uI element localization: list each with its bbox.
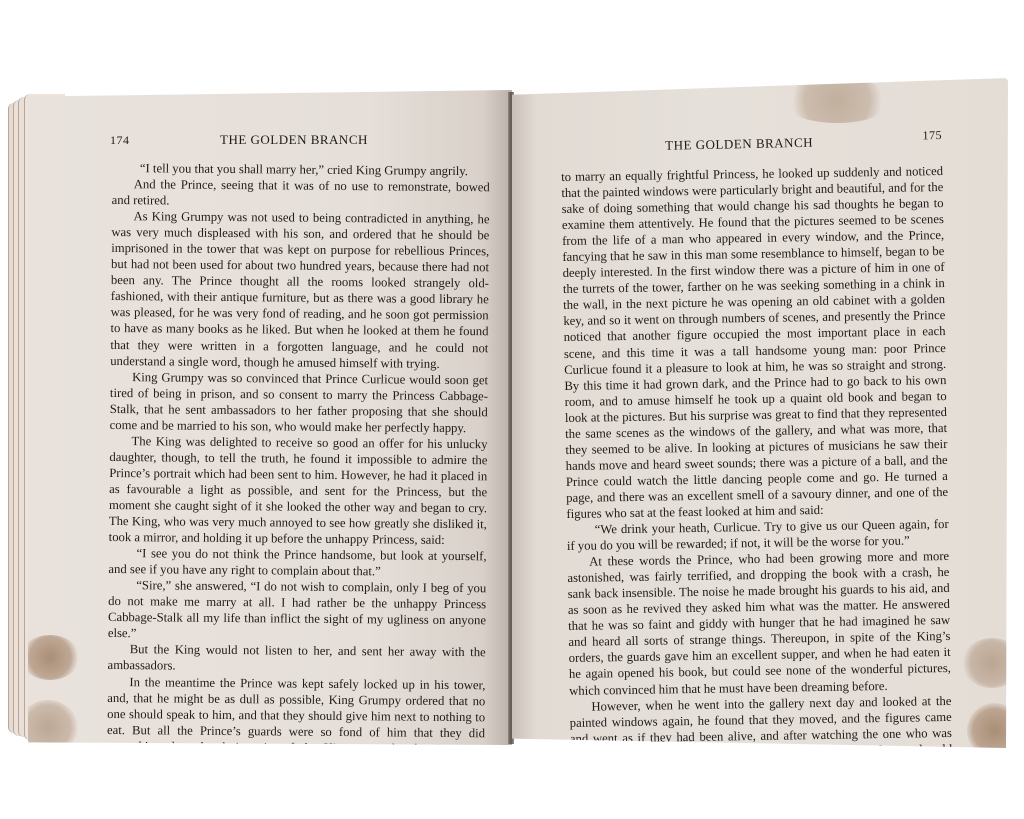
page-number: 174 — [110, 133, 130, 148]
running-title: THE GOLDEN BRANCH — [220, 132, 368, 148]
water-stain — [962, 638, 1022, 688]
paragraph: One day, as the Prince was walking up an… — [106, 770, 484, 805]
running-title: THE GOLDEN BRANCH — [665, 135, 813, 154]
paragraph: “I see you do not think the Prince hands… — [108, 545, 486, 580]
paragraph: At these words the Prince, who had been … — [567, 548, 951, 698]
water-stain — [782, 78, 892, 123]
water-stain — [967, 703, 1022, 758]
paragraph: But the King would not listen to her, an… — [108, 641, 486, 676]
right-page-body: to marry an equally frightful Princess, … — [561, 163, 953, 795]
right-page-header: THE GOLDEN BRANCH 175 — [560, 132, 942, 140]
paragraph: As King Grumpy was not used to being con… — [110, 208, 489, 372]
left-page: 174 THE GOLDEN BRANCH “I tell you that y… — [28, 90, 512, 745]
left-page-body: “I tell you that you shall marry her,” c… — [106, 160, 490, 805]
right-page: THE GOLDEN BRANCH 175 to marry an equall… — [512, 78, 1008, 748]
paragraph: to marry an equally frightful Princess, … — [561, 163, 948, 522]
paragraph: However, when he went into the gallery n… — [569, 692, 952, 794]
paragraph: King Grumpy was so convinced that Prince… — [110, 369, 489, 436]
water-stain — [20, 635, 80, 680]
page-number: 175 — [922, 128, 942, 143]
open-book: 174 THE GOLDEN BRANCH “I tell you that y… — [0, 0, 1024, 819]
paragraph: In the meantime the Prince was kept safe… — [107, 673, 486, 773]
paragraph: And the Prince, seeing that it was of no… — [112, 176, 490, 211]
paragraph: The King was delighted to receive so goo… — [109, 433, 488, 549]
paragraph: “Sire,” she answered, “I do not wish to … — [108, 577, 487, 644]
